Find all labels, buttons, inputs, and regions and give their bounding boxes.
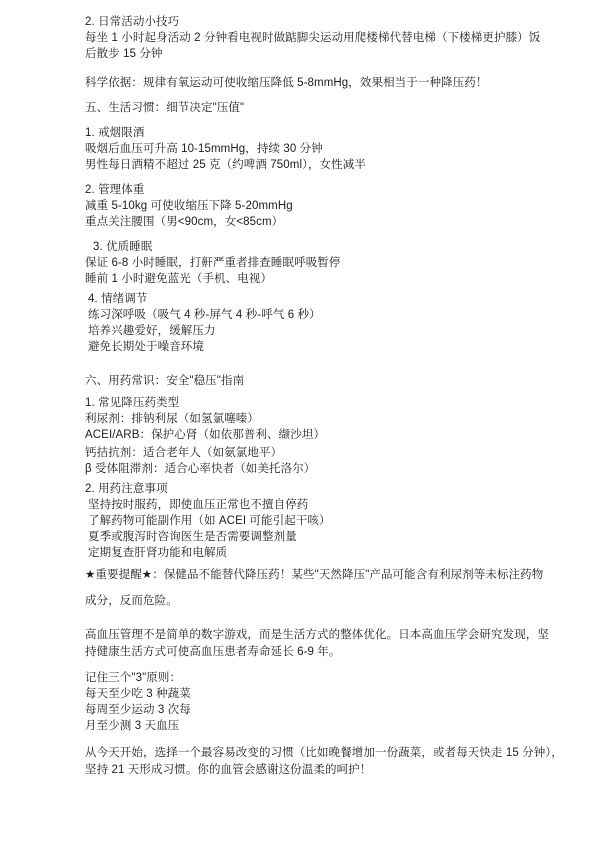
text-line: β 受体阻滞剂：适合心率快者（如美托洛尔）: [85, 461, 595, 477]
text-line: 夏季或腹泻时咨询医生是否需要调整剂量: [85, 529, 595, 545]
note-line: 成分，反而危险。: [85, 593, 595, 609]
text-line: 记住三个"3"原则：: [85, 670, 595, 686]
text-line: 睡前 1 小时避免蓝光（手机、电视）: [85, 271, 595, 287]
text-line: 定期复查肝肾功能和电解质: [85, 545, 595, 561]
list-item-heading: 2. 日常活动小技巧: [85, 14, 595, 30]
text-line: 吸烟后血压可升高 10-15mmHg，持续 30 分钟: [85, 141, 595, 157]
note-line: ★重要提醒★：保健品不能替代降压药！某些"天然降压"产品可能含有利尿剂等未标注药…: [85, 567, 595, 583]
list-item-heading: 2. 用药注意事项: [85, 481, 595, 497]
text-line: 利尿剂：排钠利尿（如氢氯噻嗪）: [85, 411, 595, 427]
section-heading: 五、生活习惯：细节决定"压值": [85, 100, 595, 116]
text-line: 重点关注腰围（男<90cm，女<85cm）: [85, 214, 595, 230]
text-line: 后散步 15 分钟: [85, 46, 595, 62]
list-item-heading: 2. 管理体重: [85, 182, 595, 198]
text-line: 坚持 21 天形成习惯。你的血管会感谢这份温柔的呵护！: [85, 762, 595, 778]
text-line: 从今天开始，选择一个最容易改变的习惯（比如晚餐增加一份蔬菜，或者每天快走 15 …: [85, 745, 595, 761]
text-line: 高血压管理不是简单的数字游戏，而是生活方式的整体优化。日本高血压学会研究发现，坚: [85, 627, 595, 643]
section-heading: 六、用药常识：安全"稳压"指南: [85, 373, 595, 389]
list-item-heading: 1. 戒烟限酒: [85, 125, 595, 141]
text-line: 练习深呼吸（吸气 4 秒-屏气 4 秒-呼气 6 秒）: [85, 307, 595, 323]
list-item-heading: 1. 常见降压药类型: [85, 395, 595, 411]
text-line: 坚持按时服药，即使血压正常也不擅自停药: [85, 497, 595, 513]
text-line: 钙拮抗剂：适合老年人（如氨氯地平）: [85, 445, 595, 461]
text-line: 减重 5-10kg 可使收缩压下降 5-20mmHg: [85, 198, 595, 214]
text-line: 了解药物可能副作用（如 ACEI 可能引起干咳）: [85, 513, 595, 529]
text-line: 每坐 1 小时起身活动 2 分钟看电视时做踮脚尖运动用爬楼梯代替电梯（下楼梯更护…: [85, 30, 595, 46]
text-line: 保证 6-8 小时睡眠，打鼾严重者排查睡眠呼吸暂停: [85, 255, 595, 271]
text-line: ACEI/ARB：保护心肾（如依那普利、缬沙坦）: [85, 427, 595, 443]
text-line: 每天至少吃 3 种蔬菜: [85, 686, 595, 702]
list-item-heading: 4. 情绪调节: [85, 291, 595, 307]
text-line: 科学依据：规律有氧运动可使收缩压降低 5-8mmHg，效果相当于一种降压药！: [85, 75, 595, 91]
text-line: 男性每日酒精不超过 25 克（约啤酒 750ml），女性减半: [85, 157, 595, 173]
text-line: 培养兴趣爱好，缓解压力: [85, 323, 595, 339]
list-item-heading: 3. 优质睡眠: [85, 239, 595, 255]
text-line: 避免长期处于噪音环境: [85, 339, 595, 355]
text-line: 月至少测 3 天血压: [85, 718, 595, 734]
document-page: 2. 日常活动小技巧每坐 1 小时起身活动 2 分钟看电视时做踮脚尖运动用爬楼梯…: [0, 0, 595, 841]
text-line: 持健康生活方式可使高血压患者寿命延长 6-9 年。: [85, 644, 595, 660]
text-line: 每周至少运动 3 次每: [85, 702, 595, 718]
